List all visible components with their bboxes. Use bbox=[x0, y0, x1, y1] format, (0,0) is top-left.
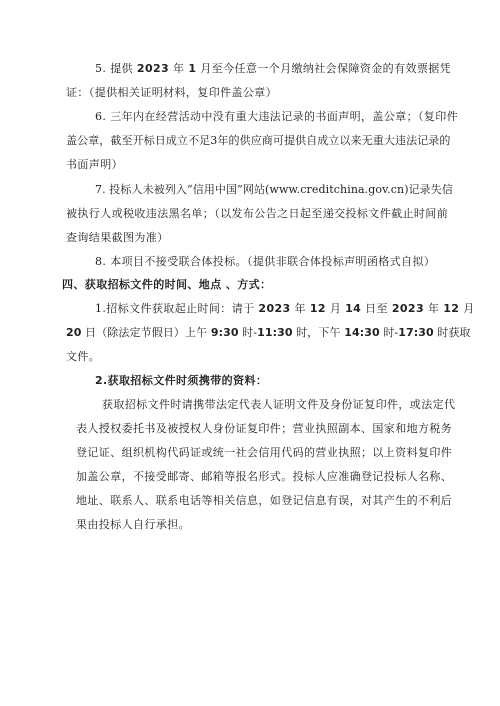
section4-p2-line4: 加盖公章，不接受邮寄、邮箱等报名形式。投标人应准确登记投标人名称、 bbox=[76, 470, 452, 484]
text: 月 bbox=[459, 302, 474, 315]
time: 11:30 bbox=[257, 326, 293, 339]
text: 日至 bbox=[361, 302, 392, 315]
text: 5. 提供 bbox=[95, 62, 137, 75]
month: 12 bbox=[443, 302, 459, 315]
section4-p1-line3: 文件。 bbox=[66, 350, 100, 364]
year: 2023 bbox=[258, 302, 290, 315]
text: 时- bbox=[380, 326, 399, 339]
text: 月至今任意一个月缴纳社会保障资金的有效票据凭 bbox=[196, 62, 451, 75]
section4-heading: 四、获取招标文件的时间、地点 、方式： bbox=[62, 278, 271, 292]
time: 14:30 bbox=[344, 326, 380, 339]
section4-p2-line3: 登记证、组织机构代码证或统一社会信用代码的营业执照；以上资料复印件 bbox=[76, 446, 452, 460]
item5-line1: 5. 提供 2023 年 1 月至今任意一个月缴纳社会保障资金的有效票据凭 bbox=[95, 62, 451, 76]
section4-p2-line5: 地址、联系人、联系电话等相关信息，如登记信息有误，对其产生的不利后 bbox=[76, 494, 452, 508]
text: 时，下午 bbox=[293, 326, 345, 339]
item7-line2: 被执行人或税收违法黑名单；（以发布公告之日起至递交投标文件截止时间前 bbox=[66, 207, 448, 221]
item5-line2: 证：（提供相关证明材料，复印件盖公章） bbox=[66, 86, 277, 100]
item6-line1: 6. 三年内在经营活动中没有重大违法记录的书面声明，盖公章；（复印件 bbox=[95, 110, 458, 124]
item8-line1: 8. 本项目不接受联合体投标。（提供非联合体投标声明函格式自拟） bbox=[95, 255, 435, 269]
text: 日（除法定节假日）上午 bbox=[82, 326, 211, 339]
time: 9:30 bbox=[211, 326, 239, 339]
section4-p2-line2: 表人授权委托书及被授权人身份证复印件；营业执照副本、国家和地方税务 bbox=[76, 422, 452, 436]
text: 年 bbox=[291, 302, 310, 315]
text: 年 bbox=[169, 62, 188, 75]
year: 2023 bbox=[392, 302, 424, 315]
section4-p2-heading: 2.获取招标文件时须携带的资料： bbox=[95, 374, 267, 388]
item7-line3: 查询结果截图为准） bbox=[66, 231, 169, 245]
year: 2023 bbox=[137, 62, 169, 75]
text: 年 bbox=[424, 302, 443, 315]
month: 12 bbox=[310, 302, 326, 315]
time: 17:30 bbox=[398, 326, 434, 339]
day: 14 bbox=[345, 302, 361, 315]
text: 1.招标文件获取起止时间：请于 bbox=[95, 302, 258, 315]
section4-p1-line2: 20 日（除法定节假日）上午 9:30 时-11:30 时，下午 14:30 时… bbox=[66, 326, 471, 340]
day: 20 bbox=[66, 326, 82, 339]
section4-p2-line1: 获取招标文件时请携带法定代表人证明文件及身份证复印件，或法定代 bbox=[102, 398, 455, 412]
item6-line2: 盖公章，截至开标日成立不足3年的供应商可提供自成立以来无重大违法记录的 bbox=[66, 134, 451, 148]
section4-p1-line1: 1.招标文件获取起止时间：请于 2023 年 12 月 14 日至 2023 年… bbox=[95, 302, 475, 316]
text: 时获取 bbox=[434, 326, 471, 339]
document-page: 5. 提供 2023 年 1 月至今任意一个月缴纳社会保障资金的有效票据凭 证：… bbox=[0, 0, 500, 706]
item7-line1: 7. 投标人未被列入“信用中国”网站(www.creditchina.gov.c… bbox=[95, 183, 453, 197]
text: 时- bbox=[239, 326, 258, 339]
section4-p2-line6: 果由投标人自行承担。 bbox=[76, 518, 190, 532]
item6-line3: 书面声明） bbox=[66, 158, 123, 172]
text: 月 bbox=[326, 302, 345, 315]
